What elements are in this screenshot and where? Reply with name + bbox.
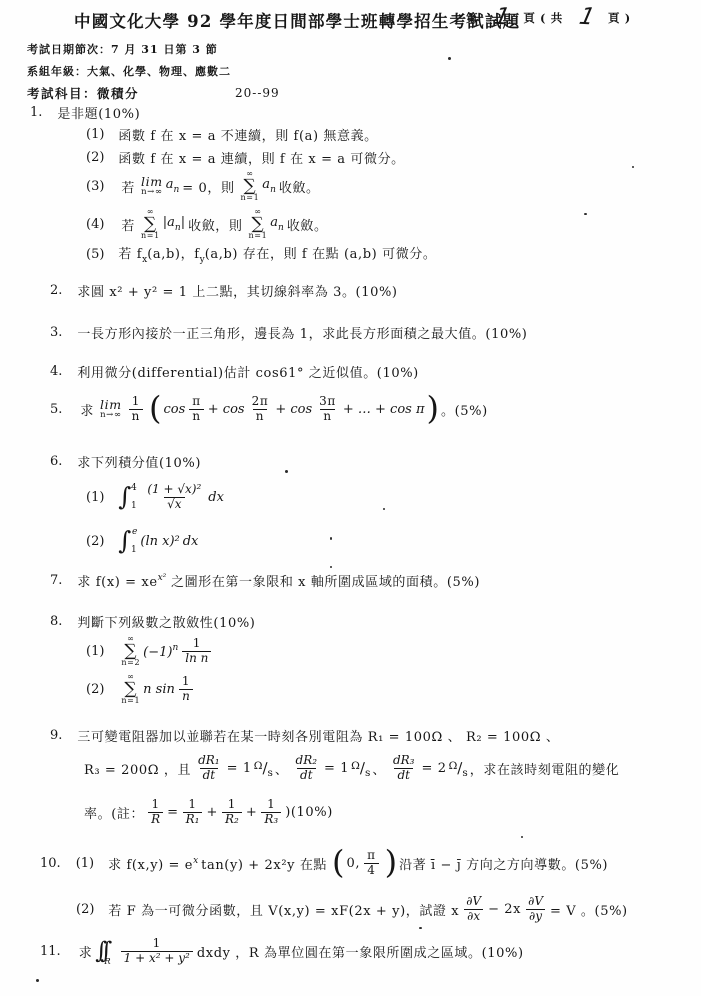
question-7: 7. 求 f(x) = xex² 之圖形在第一象限和 x 軸所圍成區域的面積。(…: [50, 571, 480, 590]
question-11-number: 11.: [40, 944, 61, 959]
question-6-number: 6.: [50, 454, 62, 469]
summation-operator: ∞∑n=1: [121, 673, 140, 705]
ohm-per-second-unit: Ω∕s: [449, 759, 468, 777]
item-text: tan(y) + 2x²y 在點: [201, 854, 327, 873]
item-text: 收斂。: [287, 215, 328, 234]
handwritten-page-number: 1: [489, 6, 513, 30]
cos-term: + cos: [208, 402, 245, 417]
exam-date-line: 考試日期節次：7 月 31 日第 3 節: [27, 41, 218, 57]
summation-operator: ∞∑n=2: [121, 635, 140, 667]
scan-speck: [448, 57, 451, 60]
summation-operator: ∞∑n=1: [141, 208, 160, 240]
item-text: 若: [121, 177, 135, 196]
partial-derivative-fraction: ∂V∂y: [525, 895, 546, 924]
question-6-heading: 6. 求下列積分值(10%): [50, 452, 201, 471]
fraction: 1n: [179, 675, 193, 704]
resistance-fraction: 1R₃: [261, 798, 281, 827]
sequence-term: an: [270, 215, 284, 233]
question-3-number: 3.: [50, 325, 62, 340]
resistance-fraction: 1R₁: [183, 798, 203, 827]
question-11-text: dxdy ，R 為單位圓在第一象限所圍成之區域。(10%): [197, 942, 524, 961]
item-label: (5): [86, 247, 104, 262]
separator: 、: [372, 759, 386, 778]
derivative-fraction: dR₃dt: [390, 754, 418, 783]
scan-speck: [285, 470, 288, 473]
question-8-heading: 8. 判斷下列級數之散斂性(10%): [50, 612, 255, 631]
series-term: (−1)n: [143, 643, 178, 660]
exam-code: 20--99: [235, 86, 280, 100]
scan-speck: [330, 537, 332, 540]
question-9-text: )(10%): [285, 805, 333, 820]
differential: dx: [183, 534, 199, 549]
item-text: 求 f(x,y) = ex: [108, 854, 198, 873]
fraction: 11 + x² + y²: [121, 937, 193, 966]
question-5-number: 5.: [50, 402, 62, 417]
page-number-line: 第 1 頁 ( 共 1 頁 ): [466, 6, 631, 29]
question-8-item-2: (2) ∞∑n=1 n sin 1n: [86, 669, 197, 709]
question-1-number: 1.: [30, 105, 42, 120]
scan-speck: [36, 979, 39, 982]
open-paren: (: [332, 850, 344, 876]
question-7-number: 7.: [50, 573, 62, 588]
question-10-item-1: 10. (1) 求 f(x,y) = ex tan(y) + 2x²y 在點 (…: [40, 840, 608, 886]
summation-operator: ∞∑n=1: [249, 208, 268, 240]
question-9-number: 9.: [50, 728, 62, 743]
cos-term: + cos: [275, 402, 312, 417]
question-1-item-5: (5) 若 fx(a,b)，fy(a,b) 存在，則 f 在點 (a,b) 可微…: [86, 243, 437, 265]
item-text: 函數 f 在 x = a 不連續，則 f(a) 無意義。: [118, 125, 377, 144]
item-label: (4): [86, 217, 104, 232]
scan-speck: [584, 213, 587, 215]
derivative-fraction: dR₂dt: [293, 754, 321, 783]
plus-sign: +: [206, 805, 218, 820]
page-label-prefix: 第: [466, 10, 478, 26]
summation-operator: ∞∑n=1: [241, 170, 260, 202]
scan-speck: [419, 927, 422, 929]
question-4-text: 利用微分(differential)估計 cos61° 之近似值。(10%): [77, 362, 418, 381]
question-8-title: 判斷下列級數之散斂性(10%): [77, 612, 255, 631]
item-text: 收斂，則: [188, 215, 242, 234]
question-11: 11. 求 ∫∫ R 11 + x² + y² dxdy ，R 為單位圓在第一象…: [40, 928, 524, 974]
question-1-title: 是非題(10%): [57, 103, 140, 122]
sequence-term: an: [166, 177, 180, 195]
item-text: = V 。(5%): [550, 900, 628, 919]
derivative-fraction: dR₁dt: [195, 754, 223, 783]
question-9-line-1: 9. 三可變電阻器加以並聯若在某一時刻各別電阻為 R₁ = 100Ω 、 R₂ …: [50, 726, 559, 745]
resistance-fraction: 1R: [148, 798, 163, 827]
question-5: 5. 求 limn→∞ 1n ( cos πn + cos 2πn + cos …: [50, 388, 488, 430]
question-1-heading: 1. 是非題(10%): [30, 103, 140, 122]
ohm-per-second-unit: Ω∕s: [351, 759, 370, 777]
fraction: 3πn: [316, 395, 339, 424]
sequence-term: |an|: [163, 215, 185, 233]
question-9-text: R₃ = 200Ω ，且: [84, 759, 191, 778]
differential: dx: [208, 490, 224, 505]
question-4: 4. 利用微分(differential)估計 cos61° 之近似值。(10%…: [50, 362, 419, 381]
item-text: = 0，則: [182, 177, 234, 196]
question-2: 2. 求圓 x² + y² = 1 上二點，其切線斜率為 3。(10%): [50, 281, 398, 300]
scan-speck: [330, 566, 332, 568]
exam-title: 中國文化大學 92 學年度日間部學士班轉學招生考試試題: [74, 8, 520, 32]
fraction: π4: [364, 849, 379, 878]
limit-operator: limn→∞: [100, 399, 122, 420]
question-1-item-3: (3) 若 limn→∞ an = 0，則 ∞∑n=1 an 收斂。: [86, 165, 323, 207]
department-line: 系組年級：大氣、化學、物理、應數二: [27, 63, 231, 79]
question-1-item-4: (4) 若 ∞∑n=1 |an| 收斂，則 ∞∑n=1 an 收斂。: [86, 203, 331, 245]
question-7-text: 求 f(x) = xex² 之圖形在第一象限和 x 軸所圍成區域的面積。(5%): [77, 571, 480, 590]
sequence-term: an: [262, 177, 276, 195]
item-label: (1): [76, 856, 94, 871]
question-2-text: 求圓 x² + y² = 1 上二點，其切線斜率為 3。(10%): [77, 281, 397, 300]
item-label: (2): [86, 534, 104, 549]
question-3-text: 一長方形內接於一正三角形，邊長為 1，求此長方形面積之最大值。(10%): [77, 323, 527, 342]
question-4-number: 4.: [50, 364, 62, 379]
plus-sign: +: [246, 805, 258, 820]
item-text: 若 F 為一可微分函數，且 V(x,y) = xF(2x + y)，試證 x: [108, 900, 459, 919]
item-label: (1): [86, 490, 104, 505]
equals-value: = 2: [421, 761, 446, 776]
integral-operator: ∫ 41: [118, 483, 140, 511]
item-text: 若: [121, 215, 135, 234]
integral-region-label: R: [104, 957, 110, 967]
item-text: 收斂。: [279, 177, 320, 196]
limit-operator: limn→∞: [141, 176, 163, 197]
question-10-number: 10.: [40, 856, 61, 871]
question-2-number: 2.: [50, 283, 62, 298]
equals-value: = 1: [227, 761, 252, 776]
series-tail: + … + cos π: [343, 402, 425, 417]
score-label: 。(5%): [441, 400, 488, 419]
scan-speck: [521, 836, 523, 838]
equals-sign: =: [167, 805, 179, 820]
subject-line: 考試科目：微積分 20--99: [27, 84, 280, 102]
cos-term: cos: [164, 402, 186, 417]
integrand: (ln x)²: [140, 534, 179, 549]
question-6-item-2: (2) ∫ e1 (ln x)² dx: [86, 524, 201, 558]
question-1-item-1: (1) 函數 f 在 x = a 不連續，則 f(a) 無意義。: [86, 125, 378, 144]
fraction: πn: [189, 395, 204, 424]
item-label: (1): [86, 127, 104, 142]
series-term: n sin: [143, 682, 175, 697]
fraction: 2πn: [249, 395, 272, 424]
item-text: 沿著 ī − j̄ 方向之方向導數。(5%): [399, 854, 608, 873]
scan-speck: [383, 508, 385, 510]
question-9-line-3: 率。(註： 1R = 1R₁ + 1R₂ + 1R₃ )(10%): [84, 791, 333, 833]
exam-paper-page: 中國文化大學 92 學年度日間部學士班轉學招生考試試題 第 1 頁 ( 共 1 …: [0, 0, 701, 996]
handwritten-total-pages: 1: [574, 6, 598, 30]
item-text: 若 fx(a,b)，fy(a,b) 存在，則 f 在點 (a,b) 可微分。: [118, 243, 436, 265]
item-label: (3): [86, 179, 104, 194]
page-label-suffix: 頁 ): [608, 10, 631, 26]
subject-label: 考試科目：微積分: [27, 84, 139, 102]
ohm-per-second-unit: Ω∕s: [254, 759, 273, 777]
partial-derivative-fraction: ∂V∂x: [463, 895, 484, 924]
separator: 、: [275, 759, 289, 778]
item-label: (2): [86, 682, 104, 697]
question-5-text: 求: [80, 400, 94, 419]
question-11-text: 求: [79, 942, 93, 961]
question-6-title: 求下列積分值(10%): [77, 452, 201, 471]
question-8-number: 8.: [50, 614, 62, 629]
item-label: (2): [76, 902, 94, 917]
question-9-line-2: R₃ = 200Ω ，且 dR₁dt = 1 Ω∕s 、 dR₂dt = 1 Ω…: [84, 747, 619, 789]
resistance-fraction: 1R₂: [222, 798, 242, 827]
integral-operator: ∫ e1: [118, 527, 140, 555]
question-9-text: 率。(註：: [84, 803, 144, 822]
item-text: − 2x: [488, 902, 521, 917]
point-coordinate: 0,: [347, 856, 361, 871]
question-9-text: ，求在該時刻電阻的變化: [470, 759, 620, 778]
fraction: 1n: [129, 395, 143, 424]
close-paren: ): [427, 396, 439, 422]
question-9-text: 三可變電阻器加以並聯若在某一時刻各別電阻為 R₁ = 100Ω 、 R₂ = 1…: [77, 726, 559, 745]
question-3: 3. 一長方形內接於一正三角形，邊長為 1，求此長方形面積之最大值。(10%): [50, 323, 527, 342]
item-label: (1): [86, 644, 104, 659]
question-10-item-2: (2) 若 F 為一可微分函數，且 V(x,y) = xF(2x + y)，試證…: [76, 886, 628, 932]
fraction: 1ln n: [182, 637, 211, 666]
question-6-item-1: (1) ∫ 41 (1 + √x)²√x dx: [86, 472, 224, 522]
page-label-middle: 頁 ( 共: [523, 10, 562, 26]
fraction: (1 + √x)²√x: [144, 483, 204, 512]
close-paren: ): [385, 850, 397, 876]
question-8-item-1: (1) ∞∑n=2 (−1)n 1ln n: [86, 631, 215, 671]
item-label: (2): [86, 150, 104, 165]
equals-value: = 1: [324, 761, 349, 776]
open-paren: (: [149, 396, 161, 422]
scan-speck: [632, 166, 634, 168]
